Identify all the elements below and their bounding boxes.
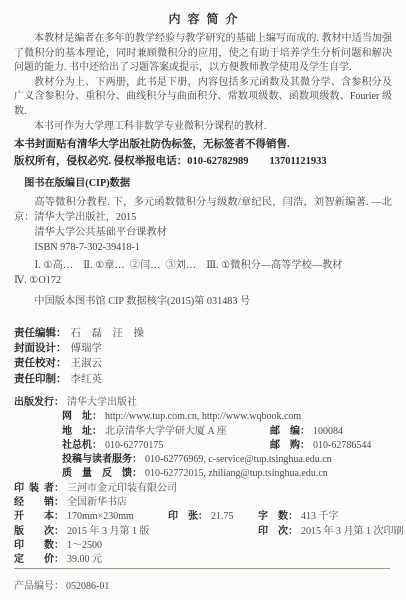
printer-name: 三河市金元印装有限公司 bbox=[67, 483, 177, 494]
website-row: 网 址：http://www.tup.com.cn, http://www.wq… bbox=[62, 410, 392, 424]
quality-feedback-row: 质 量 反 馈：010-62772015, zhiliang@tup.tsing… bbox=[62, 467, 392, 481]
staff-credits: 责任编辑：石 磊 汪 操 封面设计：傅瑞学 责任校对：王淑云 责任印制：李红英 bbox=[14, 326, 392, 387]
publisher-row: 出版发行：清华大学出版社 bbox=[14, 396, 392, 410]
mail-order-pair: 邮 购：010-62786544 bbox=[270, 439, 371, 453]
printer-row: 印 装 者：三河市金元印装有限公司 bbox=[14, 482, 392, 496]
cip-series: 清华大学公共基础平台课教材 bbox=[14, 225, 392, 240]
editor-row: 责任编辑：石 磊 汪 操 bbox=[14, 326, 392, 341]
address-label: 地 址： bbox=[62, 426, 102, 437]
switchboard-label: 社总机： bbox=[62, 440, 102, 451]
address-row: 地 址：北京清华大学学研大厦 A 座 邮 编：100084 bbox=[62, 425, 392, 439]
cip-classification-line2: Ⅳ. ①O172 bbox=[14, 273, 392, 288]
print-supervisor-name: 李红英 bbox=[71, 374, 103, 385]
book-copyright-page: 内容简介 本教材是编者在多年的教学经验与教学研究的基础上编写而成的. 教材中适当… bbox=[0, 0, 406, 600]
cip-description: 高等微积分教程. 下，多元函数微积分与级数/章纪民，闫浩，刘智新编著. —北京：… bbox=[14, 195, 392, 225]
price-label: 定 价： bbox=[14, 554, 64, 565]
postcode-label: 邮 编： bbox=[270, 426, 310, 437]
printing-label: 印 次： bbox=[258, 526, 298, 537]
format-row: 开 本：170mm×230mm 印 张：21.75 字 数：413 千字 bbox=[14, 510, 392, 524]
mail-order-label: 邮 购： bbox=[270, 440, 310, 451]
website-label: 网 址： bbox=[62, 411, 102, 422]
postcode-value: 100084 bbox=[313, 426, 343, 437]
intro-paragraph-1: 本教材是编者在多年的教学经验与教学研究的基础上编写而成的. 教材中适当加强了微积… bbox=[14, 32, 392, 76]
publication-details: 出版发行：清华大学出版社 网 址：http://www.tup.com.cn, … bbox=[14, 396, 392, 568]
copyright-line: 版权所有，侵权必究. 侵权举报电话：010-62782989 137011219… bbox=[14, 153, 392, 170]
cover-design-row: 封面设计：傅瑞学 bbox=[14, 341, 392, 356]
distributor-row: 经 销：全国新华书店 bbox=[14, 496, 392, 510]
reader-service-row: 投稿与读者服务：010-62776969, c-service@tup.tsin… bbox=[62, 453, 392, 467]
postcode-pair: 邮 编：100084 bbox=[270, 425, 343, 439]
cip-record-number: 中国版本图书馆 CIP 数据核字(2015)第 031483 号 bbox=[14, 294, 392, 309]
cover-designer-name: 傅瑞学 bbox=[71, 343, 103, 354]
proofreader-label: 责任校对： bbox=[14, 358, 67, 369]
format-label: 开 本： bbox=[14, 511, 64, 522]
printing-value: 2015 年 3 月第 1 次印刷 bbox=[301, 526, 404, 537]
sheets-value: 21.75 bbox=[211, 511, 234, 522]
price-row: 定 价：39.00 元 bbox=[14, 553, 392, 567]
cip-section: 图书在版编目(CIP)数据 高等微积分教程. 下，多元函数微积分与级数/章纪民，… bbox=[14, 176, 392, 309]
mail-order-phone: 010-62786544 bbox=[313, 440, 371, 451]
publisher-label: 出版发行： bbox=[14, 397, 64, 408]
quality-feedback-label: 质 量 反 馈： bbox=[62, 468, 142, 479]
switchboard-phone: 010-62770175 bbox=[105, 440, 163, 451]
page-title: 内容简介 bbox=[14, 10, 392, 27]
address-value: 北京清华大学学研大厦 A 座 bbox=[105, 426, 227, 437]
cover-design-label: 封面设计： bbox=[14, 343, 67, 354]
printing-pair: 印 次：2015 年 3 月第 1 次印刷 bbox=[258, 525, 404, 539]
product-number-label: 产品编号： bbox=[14, 581, 64, 592]
quality-feedback-contact: 010-62772015, zhiliang@tup.tsinghua.edu.… bbox=[145, 468, 328, 479]
distributor-label: 经 销： bbox=[14, 497, 64, 508]
switchboard-row: 社总机：010-62770175 邮 购：010-62786544 bbox=[62, 439, 392, 453]
editor-name: 石 磊 汪 操 bbox=[71, 328, 145, 339]
divider-line bbox=[14, 568, 390, 569]
printer-label: 印 装 者： bbox=[14, 483, 64, 494]
editor-label: 责任编辑： bbox=[14, 328, 67, 339]
sheets-pair: 印 张：21.75 bbox=[168, 510, 234, 524]
print-supervisor-label: 责任印制： bbox=[14, 374, 67, 385]
content-summary: 本教材是编者在多年的教学经验与教学研究的基础上编写而成的. 教材中适当加强了微积… bbox=[14, 32, 392, 134]
impression-row: 印 数：1～2500 bbox=[14, 539, 392, 553]
product-number-value: 052086-01 bbox=[66, 581, 109, 592]
reader-service-contact: 010-62776969, c-service@tup.tsinghua.edu… bbox=[145, 454, 332, 465]
cip-heading: 图书在版编目(CIP)数据 bbox=[14, 176, 392, 191]
edition-value: 2015 年 3 月第 1 版 bbox=[67, 526, 150, 537]
proofreader-name: 王淑云 bbox=[71, 358, 103, 369]
impression-value: 1～2500 bbox=[67, 540, 102, 551]
reader-service-label: 投稿与读者服务： bbox=[62, 454, 142, 465]
print-supervisor-row: 责任印制：李红英 bbox=[14, 372, 392, 387]
cip-classification-line1: Ⅰ. ①高… Ⅱ. ①章… ②闫… ③刘… Ⅲ. ①微积分—高等学校—教材 bbox=[14, 258, 392, 273]
website-urls: http://www.tup.com.cn, http://www.wqbook… bbox=[105, 411, 301, 422]
word-count-label: 字 数： bbox=[258, 511, 298, 522]
sheets-label: 印 张： bbox=[168, 511, 208, 522]
intro-paragraph-2: 教材分为上、下两册，此书是下册，内容包括多元函数及其微分学、含参积分及广义含参积… bbox=[14, 76, 392, 120]
edition-label: 版 次： bbox=[14, 526, 64, 537]
intro-paragraph-3: 本书可作为大学理工科非数学专业微积分课程的教材. bbox=[14, 120, 392, 135]
word-count-pair: 字 数：413 千字 bbox=[258, 510, 339, 524]
impression-label: 印 数： bbox=[14, 540, 64, 551]
anti-piracy-notice: 本书封面贴有清华大学出版社防伪标签，无标签者不得销售. 版权所有，侵权必究. 侵… bbox=[14, 136, 392, 170]
distributor-name: 全国新华书店 bbox=[67, 497, 127, 508]
word-count-value: 413 千字 bbox=[301, 511, 339, 522]
cip-isbn: ISBN 978-7-302-39418-1 bbox=[14, 240, 392, 255]
publisher-name: 清华大学出版社 bbox=[67, 397, 137, 408]
format-value: 170mm×230mm bbox=[67, 511, 134, 522]
edition-row: 版 次：2015 年 3 月第 1 版 印 次：2015 年 3 月第 1 次印… bbox=[14, 525, 392, 539]
price-value: 39.00 元 bbox=[67, 554, 102, 565]
product-number: 产品编号：052086-01 bbox=[14, 577, 392, 592]
anti-piracy-line: 本书封面贴有清华大学出版社防伪标签，无标签者不得销售. bbox=[14, 136, 392, 153]
proofreader-row: 责任校对：王淑云 bbox=[14, 356, 392, 371]
